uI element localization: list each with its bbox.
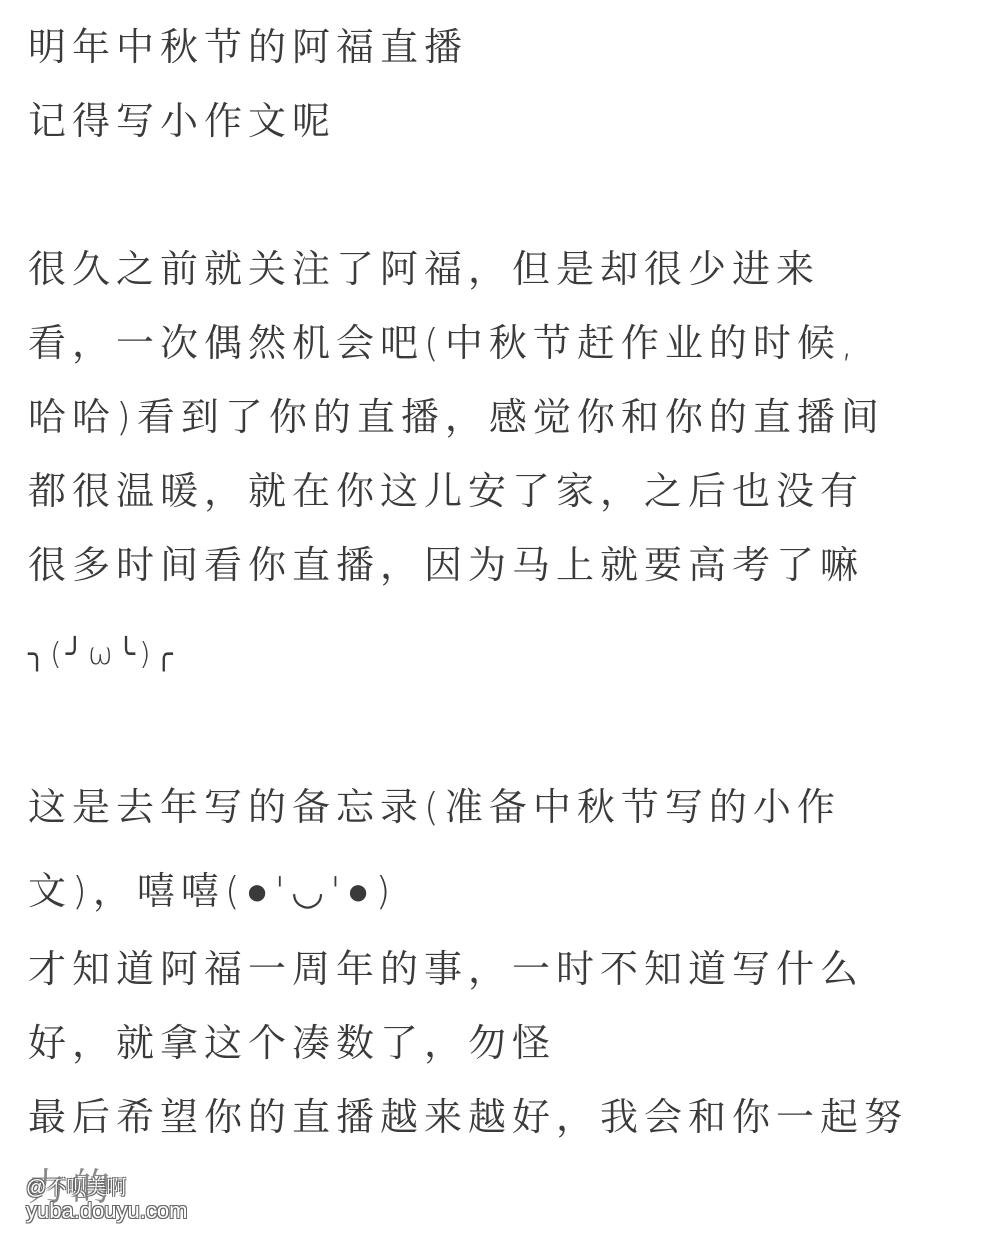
note-line: 最后希望你的直播越来越好，我会和你一起努 bbox=[28, 1098, 908, 1136]
kaomoji: ╮(╯ω╰)╭ bbox=[28, 640, 177, 670]
note-line: 都很温暖，就在你这儿安了家，之后也没有 bbox=[28, 472, 864, 510]
watermark-user: @不呗美啊 bbox=[26, 1178, 187, 1199]
note-line: 哈哈)看到了你的直播，感觉你和你的直播间 bbox=[28, 398, 885, 436]
note-line: 明年中秋节的阿福直播 bbox=[28, 28, 468, 66]
note-line: 这是去年写的备忘录(准备中秋节写的小作 bbox=[28, 788, 841, 826]
note-line: 才知道阿福一周年的事，一时不知道写什么 bbox=[28, 950, 864, 988]
note-line: 记得写小作文呢 bbox=[28, 102, 336, 140]
watermark: @不呗美啊 yuba.douyu.com bbox=[26, 1178, 187, 1222]
note-line: 好，就拿这个凑数了，勿怪 bbox=[28, 1024, 556, 1062]
note-line: 很久之前就关注了阿福，但是却很少进来 bbox=[28, 250, 820, 288]
note-line: 看，一次偶然机会吧(中秋节赶作业的时候, bbox=[28, 324, 859, 362]
note-line: 文)，嘻嘻(●'◡'●) bbox=[28, 872, 396, 910]
watermark-site: yuba.douyu.com bbox=[26, 1199, 187, 1222]
memo-note: 明年中秋节的阿福直播 记得写小作文呢 很久之前就关注了阿福，但是却很少进来 看，… bbox=[0, 0, 992, 1248]
note-line: 很多时间看你直播，因为马上就要高考了嘛 bbox=[28, 546, 864, 584]
